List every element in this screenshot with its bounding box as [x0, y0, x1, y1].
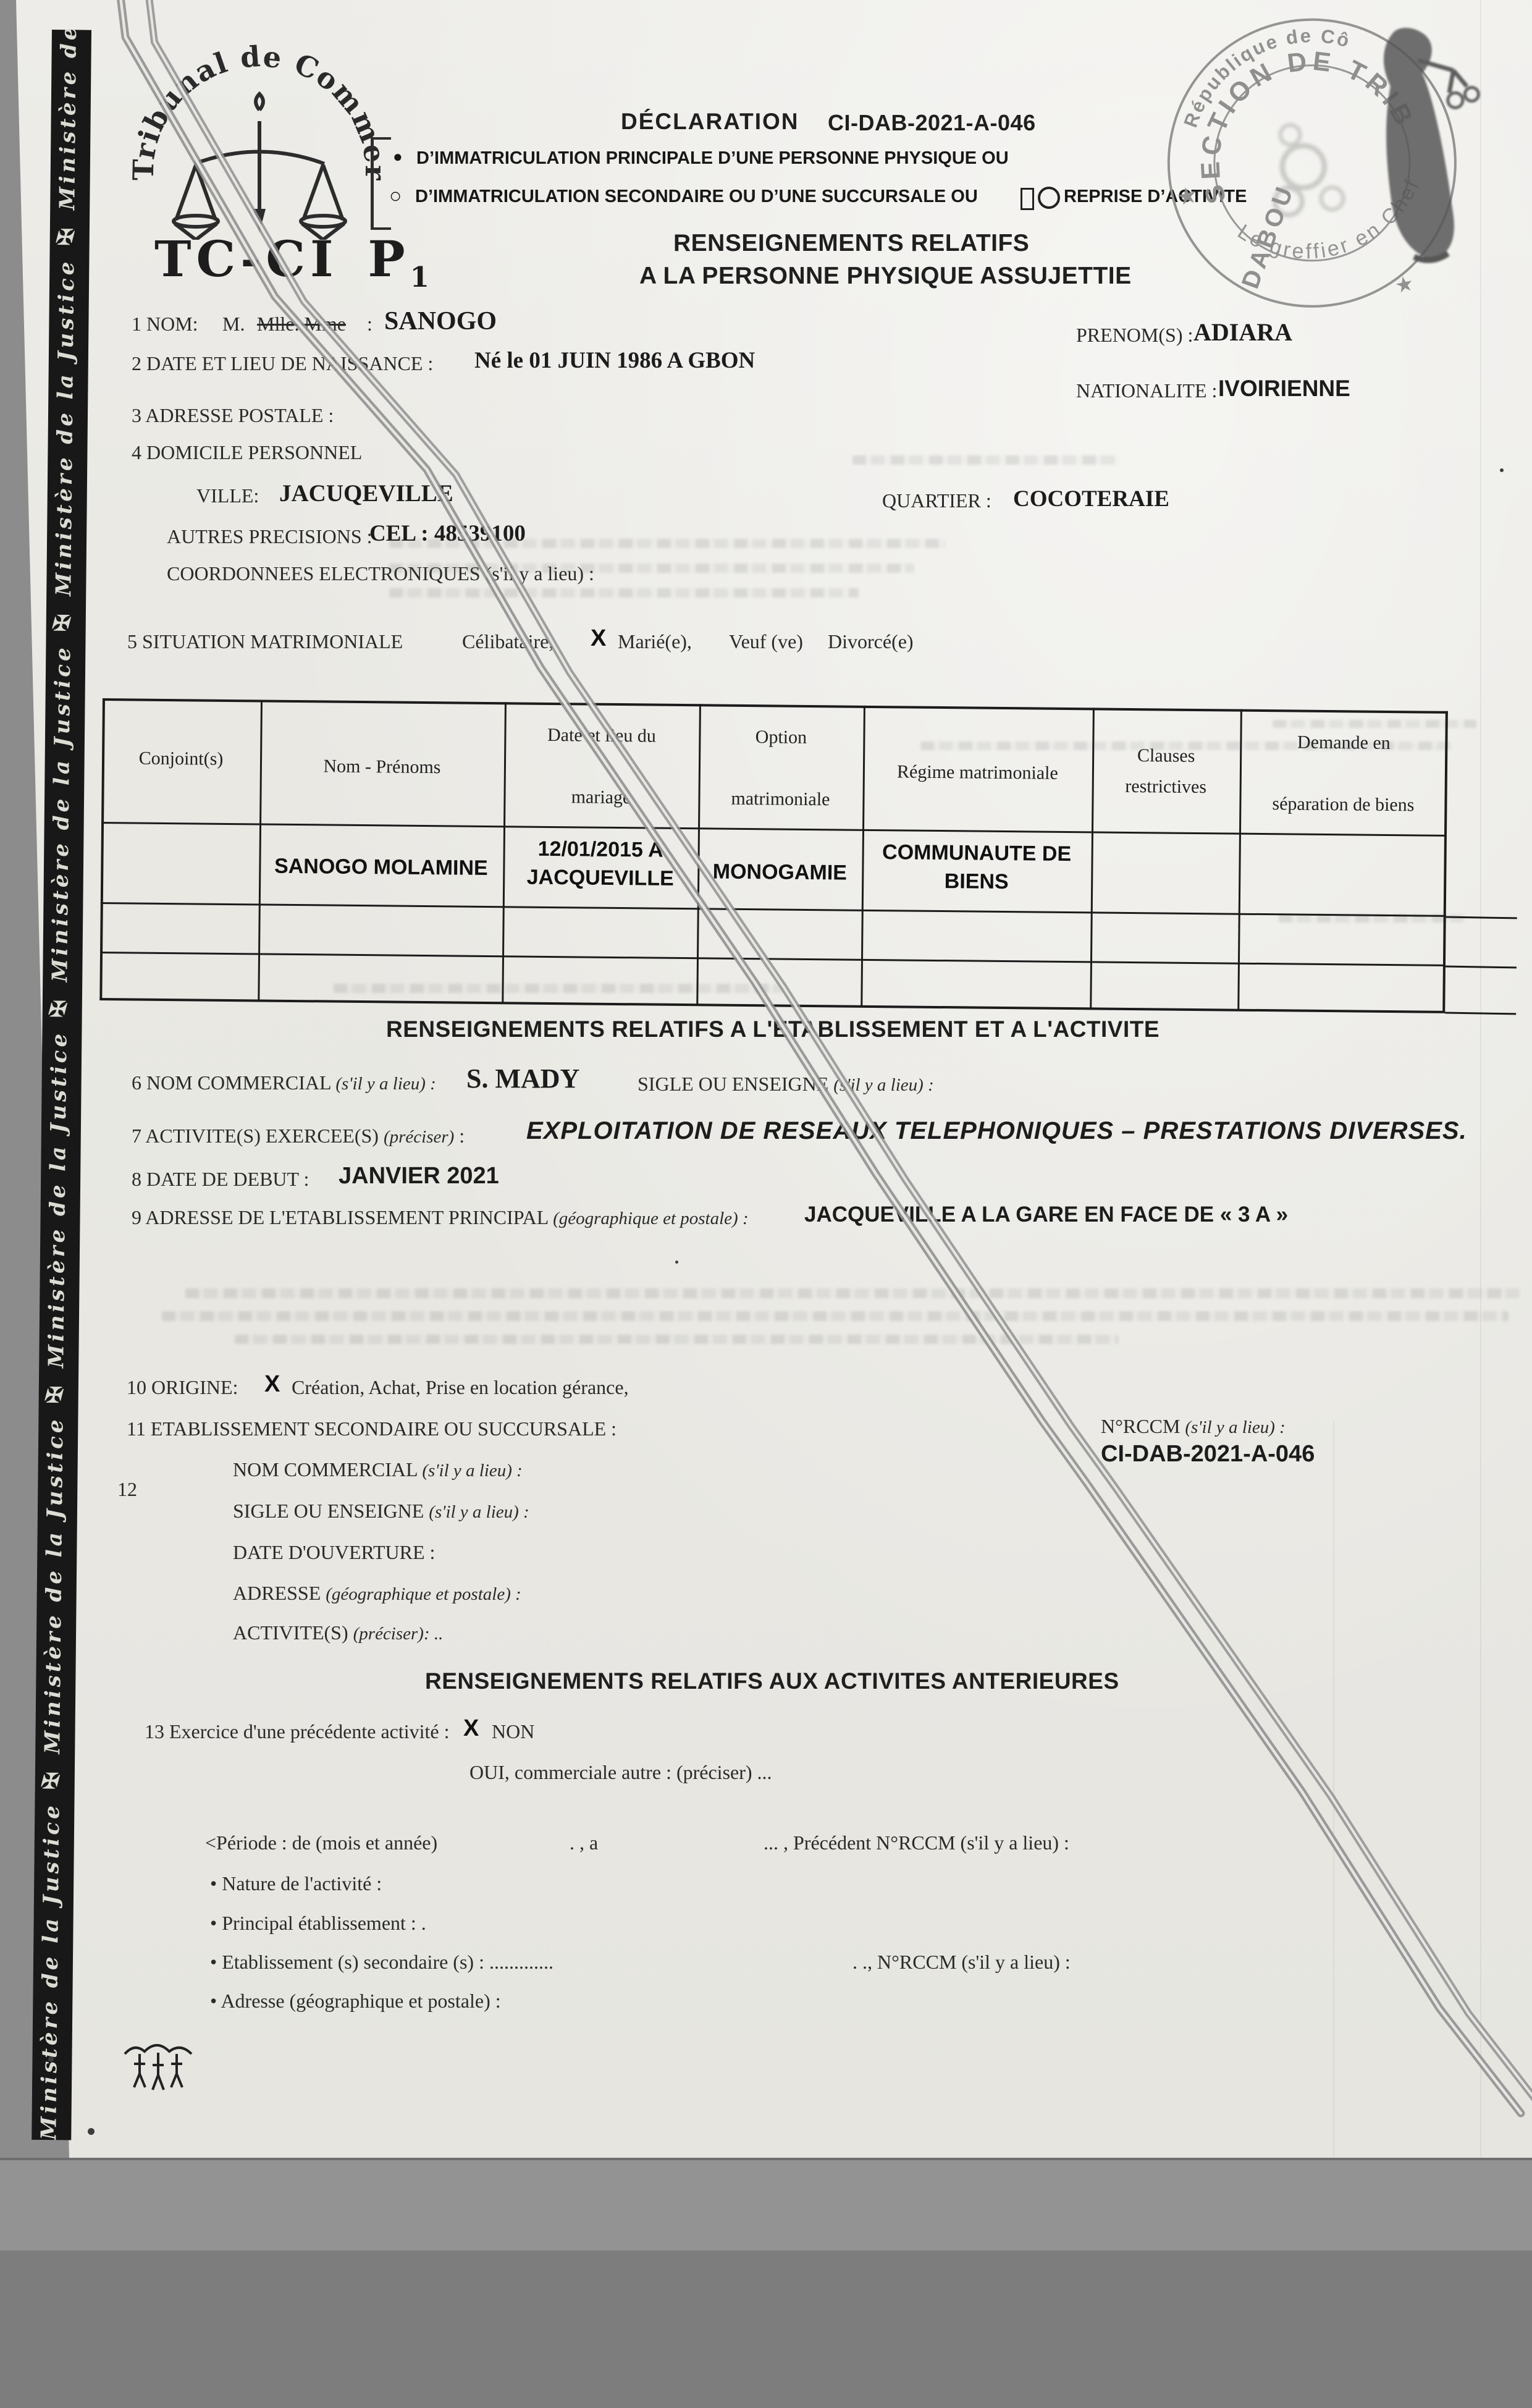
field-9-label: 9 ADRESSE DE L'ETABLISSEMENT PRINCIPAL (…	[132, 1206, 749, 1229]
table-cell-nom: SANOGO MOLAMINE	[259, 851, 503, 882]
reprise-circle-icon	[1038, 187, 1060, 209]
field-civility-struck: Mlle. Mme	[257, 313, 346, 336]
table-header-demande: Demande en séparation de biens	[1239, 727, 1447, 821]
b1-text: Nature de l'activité :	[222, 1872, 382, 1895]
field-7-value: EXPLOITATION DE RESEAUX TELEPHONIQUES – …	[526, 1117, 1467, 1145]
field-12-item-5: ACTIVITE(S) (préciser): ..	[233, 1621, 443, 1644]
table-header-option: Option matrimoniale	[698, 721, 863, 816]
scanner-bottom-band	[0, 2158, 1532, 2253]
bleedthrough-text	[852, 455, 1118, 465]
f6b-main: SIGLE OU ENSEIGNE	[638, 1073, 828, 1095]
field-periode-rccm: ... , Précédent N°RCCM (s'il y a lieu) :	[764, 1831, 1069, 1854]
field-12-item-3: DATE D'OUVERTURE :	[233, 1541, 435, 1564]
field-periode-label: <Période : de (mois et année)	[205, 1831, 437, 1854]
field-ville-label: VILLE:	[196, 484, 259, 507]
field-naissance-label: 2 DATE ET LIEU DE NAISSANCE :	[132, 352, 433, 375]
i4-main: ADRESSE	[233, 1582, 321, 1604]
field-situation-label: 5 SITUATION MATRIMONIALE	[127, 630, 403, 653]
checkbox-x-marie: X	[591, 625, 606, 652]
stamp-star-bottom-icon: ★	[1393, 272, 1416, 298]
bleedthrough-text	[389, 588, 859, 598]
footer-emblem-icon	[122, 2038, 194, 2095]
options-bracket	[371, 137, 391, 230]
field-7-label: 7 ACTIVITE(S) EXERCEE(S) (préciser) :	[132, 1125, 465, 1147]
option-veuf: Veuf (ve)	[729, 630, 803, 653]
bleedthrough-text	[389, 539, 945, 548]
field-13-oui-line: OUI, commerciale autre : (préciser) ...	[469, 1761, 772, 1784]
field-13-non: NON	[492, 1720, 534, 1743]
field-quartier-value: COCOTERAIE	[1013, 486, 1169, 512]
f9-main: 9 ADRESSE DE L'ETABLISSEMENT PRINCIPAL	[132, 1206, 548, 1228]
page-title-line2: A LA PERSONNE PHYSIQUE ASSUJETTIE	[639, 263, 1132, 290]
field-nom-colon: :	[367, 313, 372, 336]
table-cell-option: MONOGAMIE	[697, 857, 862, 887]
logo-p-sub: 1	[410, 261, 434, 294]
b2-text: Principal établissement : .	[222, 1912, 426, 1934]
i1-paren: (s'il y a lieu) :	[422, 1461, 522, 1481]
field-nom-value: SANOGO	[384, 306, 497, 336]
declaration-heading: DÉCLARATION	[621, 109, 799, 135]
bullet-3: • Etablissement (s) secondaire (s) : ...…	[210, 1951, 553, 1974]
field-ville-value: JACUQEVILLE	[279, 479, 453, 507]
option-celibataire: Célibataire,	[462, 630, 553, 653]
paper-speck	[48, 2056, 54, 2062]
field-rccm-label: N°RCCM (s'il y a lieu) :	[1101, 1415, 1286, 1438]
field-domicile-label: 4 DOMICILE PERSONNEL	[132, 441, 362, 464]
field-adresse-postale-label: 3 ADRESSE POSTALE :	[132, 404, 334, 427]
bleedthrough-text	[185, 1288, 1520, 1298]
logo-arc-text: Tribunal de Commerce	[114, 36, 392, 182]
field-quartier-label: QUARTIER :	[882, 489, 991, 512]
table-header-conjoints: Conjoint(s)	[102, 743, 260, 775]
i1-main: NOM COMMERCIAL	[233, 1458, 417, 1481]
bleedthrough-text	[162, 1311, 1509, 1321]
paper-fold-seam	[1333, 1421, 1334, 2158]
field-12-item-1: NOM COMMERCIAL (s'il y a lieu) :	[233, 1458, 523, 1481]
option-line-1: D’IMMATRICULATION PRINCIPALE D’UNE PERSO…	[416, 148, 1009, 169]
table-header-nom: Nom - Prénoms	[260, 750, 504, 784]
field-8-value: JANVIER 2021	[339, 1163, 499, 1189]
field-periode-a: . , a	[570, 1831, 598, 1854]
f7-paren: (préciser)	[384, 1127, 454, 1147]
field-9-value: JACQUEVILLE A LA GARE EN FACE DE « 3 A »	[804, 1202, 1288, 1227]
field-8-label: 8 DATE DE DEBUT :	[132, 1168, 309, 1191]
bleedthrough-text	[389, 564, 914, 573]
field-prenom-label: PRENOM(S) :	[1076, 324, 1193, 347]
bullet-1: • Nature de l'activité :	[210, 1872, 382, 1895]
b3-text: Etablissement (s) secondaire (s) : .....…	[222, 1951, 553, 1973]
field-12-item-4: ADRESSE (géographique et postale) :	[233, 1582, 521, 1605]
bleedthrough-text	[235, 1335, 1118, 1344]
logo-code: TC-CI	[154, 230, 339, 288]
field-civility: M.	[222, 313, 245, 336]
rccm-paren: (s'il y a lieu) :	[1185, 1417, 1285, 1437]
option-marie: Marié(e),	[618, 630, 692, 653]
reprise-checkbox-icon	[1021, 188, 1034, 210]
field-10-label: 10 ORIGINE:	[127, 1376, 238, 1399]
field-11-label: 11 ETABLISSEMENT SECONDAIRE OU SUCCURSAL…	[127, 1417, 617, 1440]
field-6-value: S. MADY	[466, 1063, 579, 1094]
bullet-icon: •	[210, 1951, 217, 1973]
option-line-2: D’IMMATRICULATION SECONDAIRE OU D’UNE SU…	[415, 187, 978, 207]
scanner-bottom-dark	[0, 2250, 1532, 2408]
field-13-label: 13 Exercice d'une précédente activité :	[145, 1720, 450, 1743]
paper-speck	[88, 2128, 95, 2135]
checkbox-x-creation: X	[264, 1371, 280, 1398]
checkbox-x-non: X	[463, 1715, 479, 1742]
table-cell-regime: COMMUNAUTE DE BIENS	[862, 838, 1092, 897]
logo-code-text: TC-CIP1	[154, 230, 434, 294]
conjoints-table: Conjoint(s) Nom - Prénoms Date et lieu d…	[99, 698, 1448, 1013]
section-etablissement-heading: RENSEIGNEMENTS RELATIFS A L'ETABLISSEMEN…	[386, 1016, 1160, 1042]
i2-paren: (s'il y a lieu) :	[429, 1502, 529, 1522]
page-title-line1: RENSEIGNEMENTS RELATIFS	[673, 230, 1029, 257]
paper-edge-seam	[1480, 0, 1481, 2158]
option-divorce: Divorcé(e)	[828, 630, 914, 653]
i4-paren: (géographique et postale) :	[326, 1584, 521, 1604]
table-header-regime: Régime matrimoniale	[863, 756, 1092, 790]
paper-speck	[675, 1261, 678, 1264]
f9-paren: (géographique et postale) :	[553, 1209, 749, 1228]
bullet-icon: •	[210, 1912, 217, 1934]
scanned-document-page: République de Cô SECTION DE TRIBUN Le gr…	[0, 0, 1532, 2408]
f7-main: 7 ACTIVITE(S) EXERCEE(S)	[132, 1125, 379, 1147]
logo-p: P	[368, 230, 410, 288]
f6b-paren: (s'il y a lieu) :	[833, 1075, 933, 1095]
field-12-item-2: SIGLE OU ENSEIGNE (s'il y a lieu) :	[233, 1500, 529, 1523]
section-anterieures-heading: RENSEIGNEMENTS RELATIFS AUX ACTIVITES AN…	[425, 1668, 1119, 1694]
table-header-clauses: Clauses restrictives	[1092, 740, 1240, 803]
tribunal-logo: Tribunal de Commerce	[114, 36, 405, 240]
stamp-star-left-icon: ★	[1174, 182, 1200, 211]
rccm-main: N°RCCM	[1101, 1415, 1180, 1437]
i2-main: SIGLE OU ENSEIGNE	[233, 1500, 424, 1522]
i5-main: ACTIVITE(S)	[233, 1621, 348, 1644]
field-autres-label: AUTRES PRECISIONS :	[167, 525, 372, 548]
bullet-4: • Adresse (géographique et postale) :	[210, 1990, 501, 2013]
declaration-number: CI-DAB-2021-A-046	[828, 110, 1036, 136]
bullet-icon: •	[210, 1872, 217, 1895]
bullet-icon: •	[210, 1990, 217, 2012]
b4-text: Adresse (géographique et postale) :	[221, 1990, 500, 2012]
f6-paren: (s'il y a lieu) :	[335, 1074, 436, 1094]
field-12-number: 12	[117, 1478, 137, 1501]
field-6-label: 6 NOM COMMERCIAL (s'il y a lieu) :	[132, 1071, 436, 1094]
field-nationalite-label: NATIONALITE :	[1076, 379, 1217, 402]
field-10-options: Création, Achat, Prise en location géran…	[292, 1376, 629, 1399]
field-6b-label: SIGLE OU ENSEIGNE (s'il y a lieu) :	[638, 1073, 934, 1096]
field-b3-rccm: . ., N°RCCM (s'il y a lieu) :	[852, 1951, 1071, 1974]
field-naissance-value: Né le 01 JUIN 1986 A GBON	[474, 347, 755, 374]
field-nom-label: 1 NOM:	[132, 313, 198, 336]
table-header-date: Date et lieu du mariage	[503, 719, 699, 814]
bullet-2: • Principal établissement : .	[210, 1912, 426, 1935]
field-nationalite-value: IVOIRIENNE	[1218, 376, 1350, 402]
table-cell-date: 12/01/2015 A JACQUEVILLE	[503, 834, 698, 893]
scales-point-icon	[253, 209, 266, 232]
f7-colon: :	[459, 1125, 465, 1147]
paper-speck	[1500, 468, 1504, 472]
i5-paren: (préciser): ..	[353, 1624, 444, 1644]
f6-main: 6 NOM COMMERCIAL	[132, 1071, 330, 1094]
field-rccm-value: CI-DAB-2021-A-046	[1101, 1441, 1315, 1468]
